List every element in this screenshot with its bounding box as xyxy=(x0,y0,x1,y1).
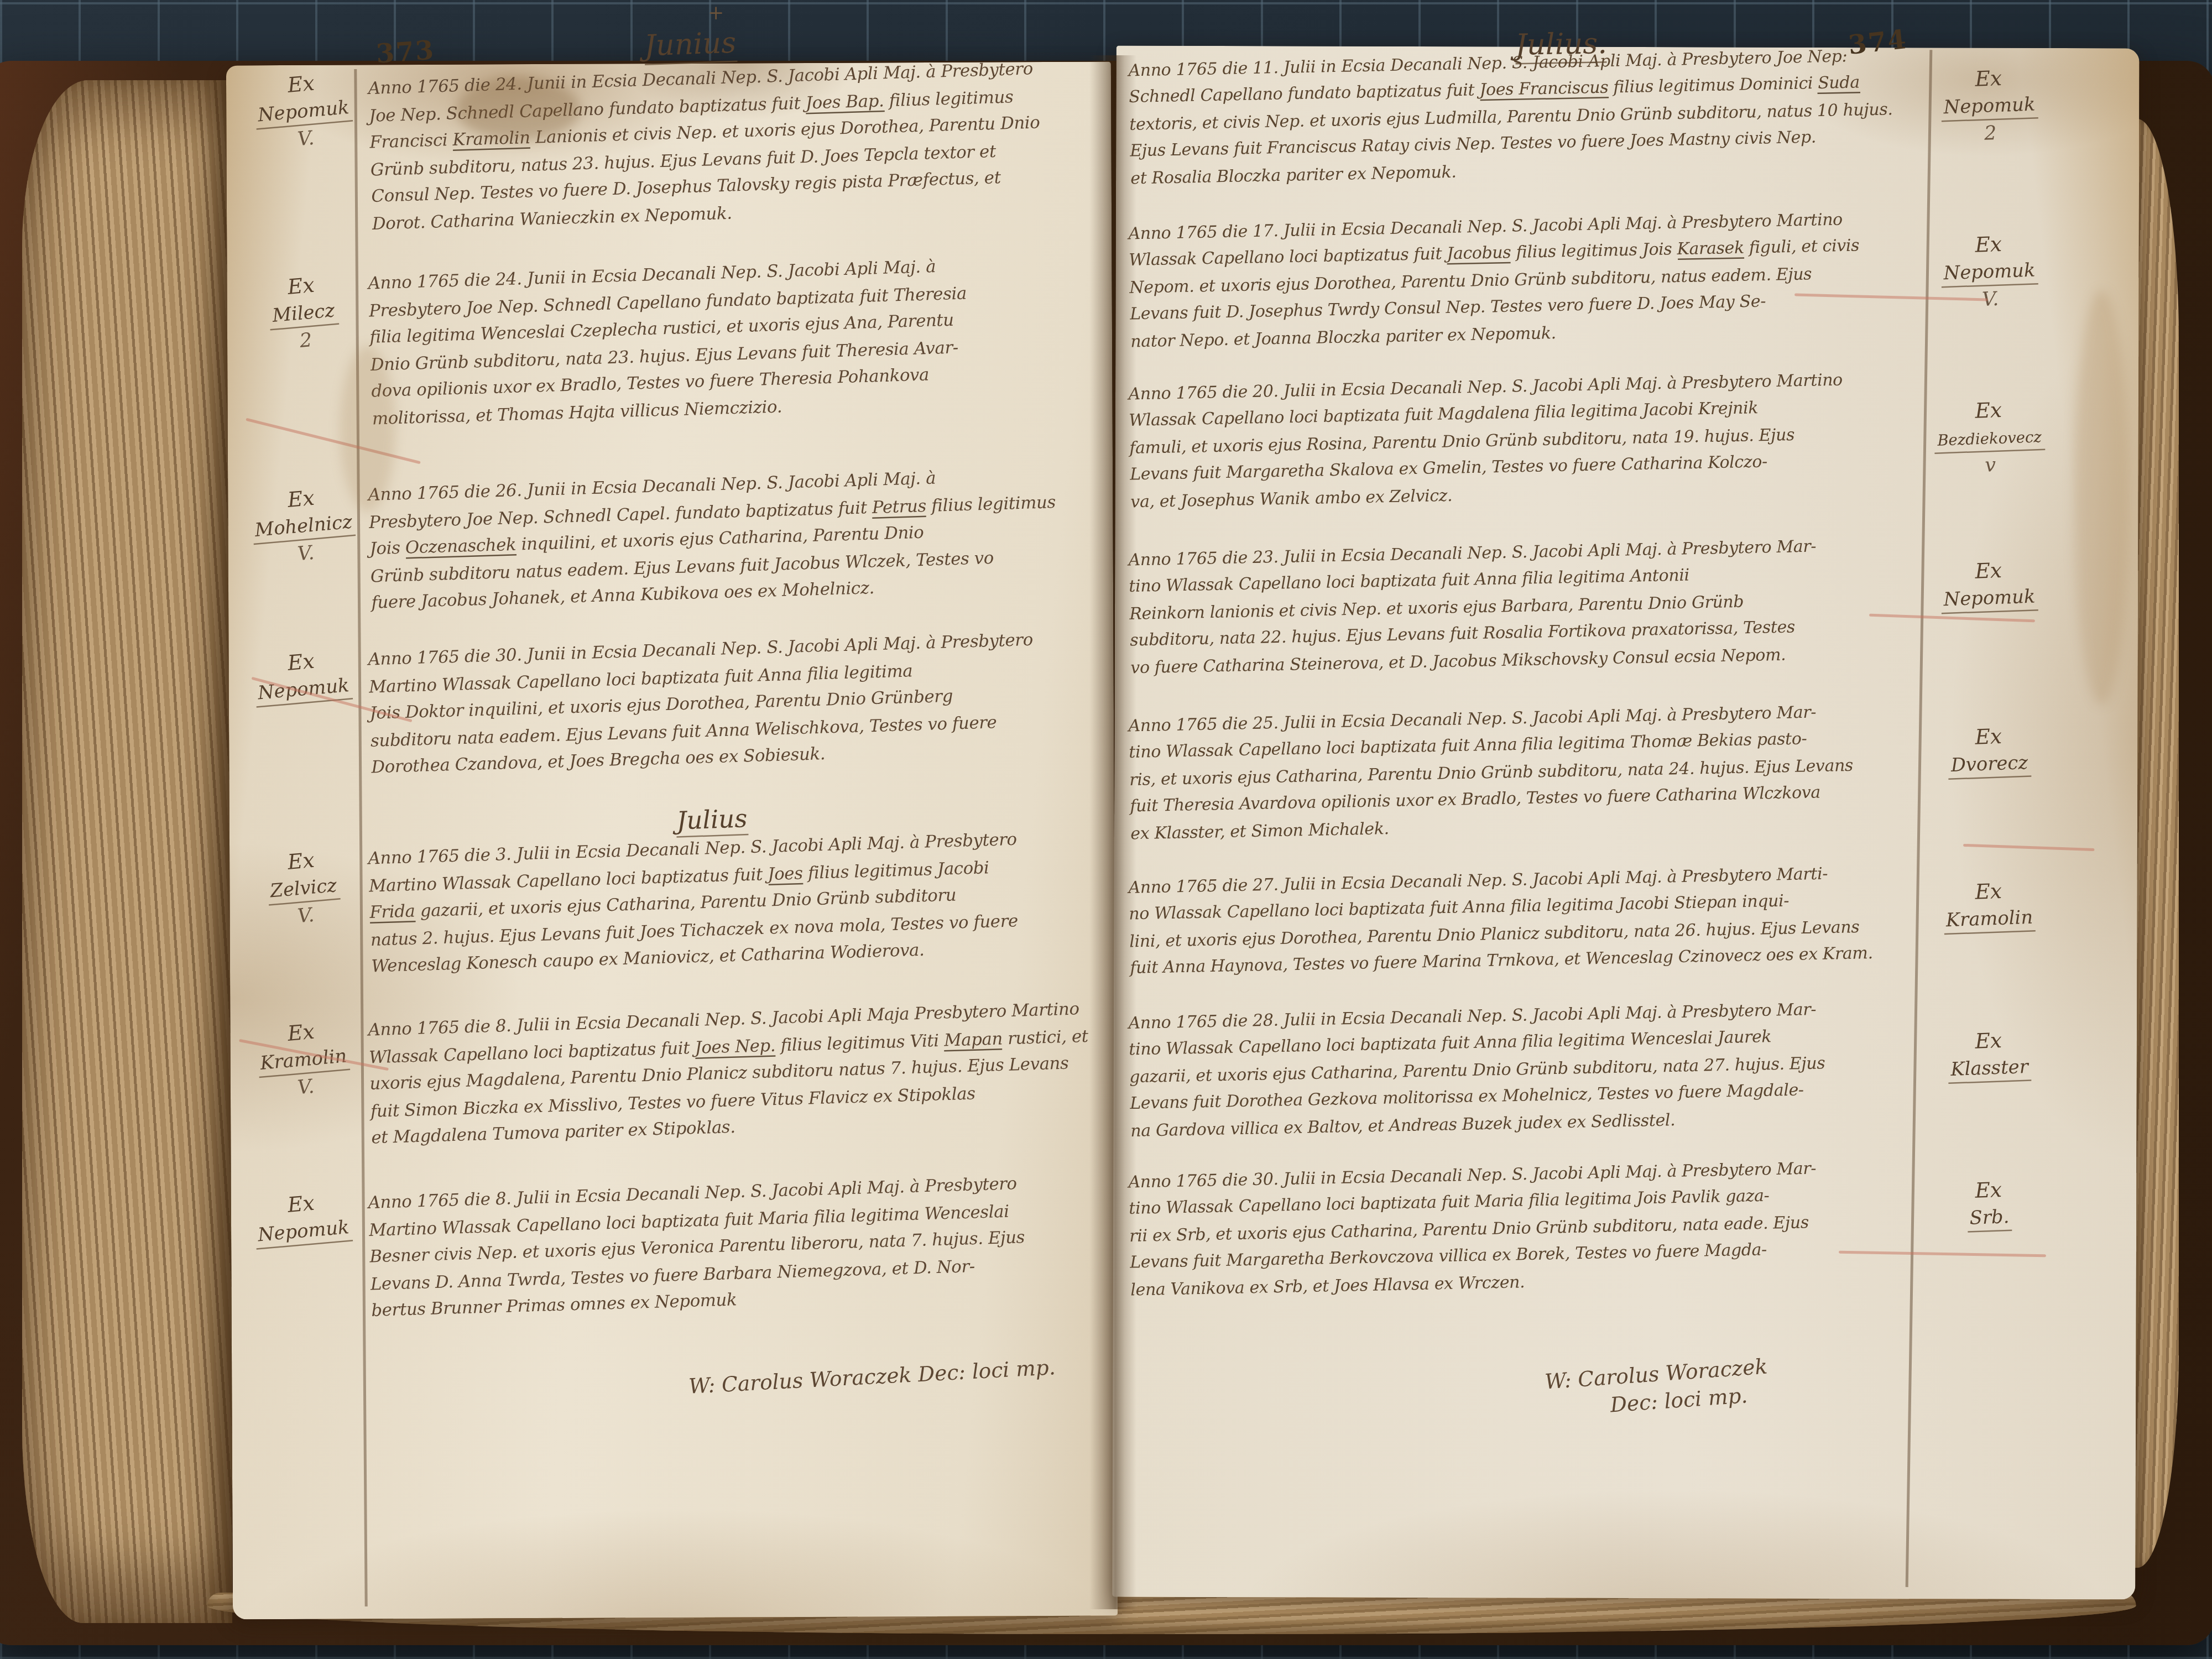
baptism-entry: Anno 1765 die 24. Junii in Ecsia Decanal… xyxy=(368,249,1110,433)
margin-note: Ex Klasster xyxy=(1924,1026,2053,1084)
paper-stain xyxy=(2074,290,2129,705)
margin-note: Ex Nepomuk 2 xyxy=(1924,64,2054,150)
margin-note: Ex Nepomuk V. xyxy=(243,67,363,158)
margin-note: Ex Dvorecz xyxy=(1924,722,2053,780)
margin-note: Ex Milecz 2 xyxy=(243,269,363,360)
baptism-entry: Anno 1765 die 20. Julii in Ecsia Decanal… xyxy=(1128,366,1908,516)
margin-note: Ex Zelvicz V. xyxy=(243,844,363,935)
margin-note: Ex Nepomuk xyxy=(1924,556,2053,614)
baptism-entry: Anno 1765 die 30. Junii in Ecsia Decanal… xyxy=(368,625,1110,782)
page-number-left: 373 xyxy=(375,35,436,70)
baptism-entry: Anno 1765 die 24. Junii in Ecsia Decanal… xyxy=(368,54,1110,238)
margin-note: Ex Srb. xyxy=(1924,1176,2053,1234)
baptism-entry: Anno 1765 die 26. Junii in Ecsia Decanal… xyxy=(368,461,1110,618)
baptism-entry: Anno 1765 die 8. Julii in Ecsia Decanali… xyxy=(368,995,1110,1152)
baptism-entry: Anno 1765 die 25. Julii in Ecsia Decanal… xyxy=(1128,698,1908,848)
margin-note: Ex Mohelnicz V. xyxy=(243,482,363,573)
baptism-entry: Anno 1765 die 17. Julii in Ecsia Decanal… xyxy=(1128,206,1908,356)
margin-note: Ex Kramolin xyxy=(1924,877,2053,935)
baptism-entry: Anno 1765 die 3. Julii in Ecsia Decanali… xyxy=(368,824,1110,981)
baptism-entry: Anno 1765 die 28. Julii in Ecsia Decanal… xyxy=(1128,995,1908,1145)
margin-note: Ex Nepomuk xyxy=(243,645,361,708)
header-cross-mark: + xyxy=(708,3,724,25)
baptism-entry: Anno 1765 die 23. Julii in Ecsia Decanal… xyxy=(1128,532,1908,682)
baptism-entry: Anno 1765 die 8. Julii in Ecsia Decanali… xyxy=(368,1168,1110,1326)
paper-stain xyxy=(340,346,395,512)
month-header-junius: Junius xyxy=(644,26,737,65)
manuscript-photo: 10 373 + Junius Ex Nepomuk V. Ex Milecz … xyxy=(0,0,2212,1659)
baptism-entry: Anno 1765 die 27. Julii in Ecsia Decanal… xyxy=(1128,859,1907,982)
margin-note: Ex Nepomuk xyxy=(243,1187,361,1250)
book-page-edges-left xyxy=(22,80,232,1623)
baptism-entry: Anno 1765 die 30. Julii in Ecsia Decanal… xyxy=(1128,1154,1908,1304)
book-page-edges-right xyxy=(2132,119,2179,1568)
margin-note: Ex Nepomuk V. xyxy=(1924,230,2054,316)
baptism-entry: Anno 1765 die 11. Julii in Ecsia Decanal… xyxy=(1128,43,1908,192)
ink-smudge xyxy=(456,77,581,141)
margin-note: Ex Bezdiekovecz v xyxy=(1924,396,2054,482)
